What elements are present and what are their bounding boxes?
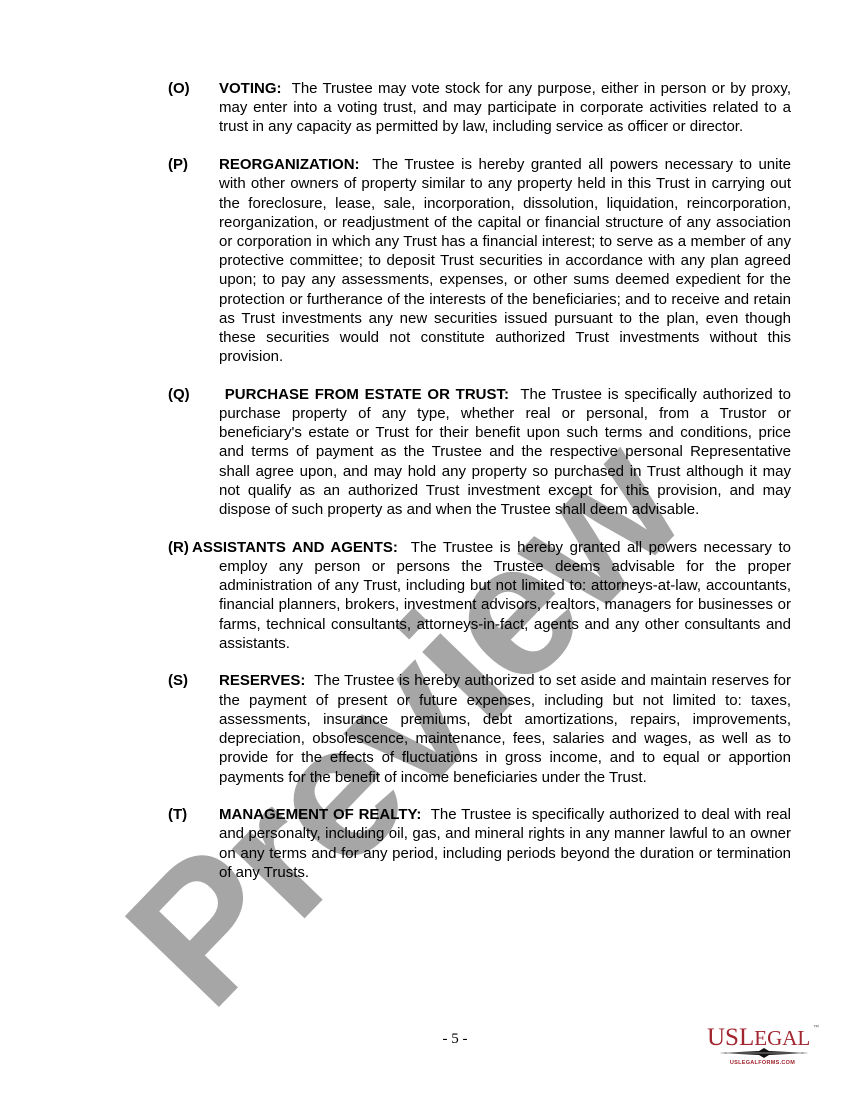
- clause-label: (P): [168, 155, 188, 174]
- clause-reorganization: (P) REORGANIZATION: The Trustee is hereb…: [168, 155, 791, 366]
- logo-wordmark: USLEGAL: [707, 1025, 810, 1050]
- clause-heading: PURCHASE FROM ESTATE OR TRUST:: [225, 386, 509, 403]
- clause-reserves: (S) RESERVES: The Trustee is hereby auth…: [168, 671, 791, 786]
- document-body: (O) VOTING: The Trustee may vote stock f…: [168, 79, 791, 901]
- clause-heading: MANAGEMENT OF REALTY:: [219, 806, 421, 823]
- eagle-icon: [719, 1048, 809, 1058]
- trademark-symbol: ™: [813, 1025, 819, 1031]
- clause-text: The Trustee is hereby granted all powers…: [219, 156, 791, 365]
- clause-heading: VOTING:: [219, 80, 282, 97]
- uslegal-logo[interactable]: USLEGAL ™ USLEGALFORMS.COM: [705, 1025, 820, 1070]
- document-page: Preview (O) VOTING: The Trustee may vote…: [0, 0, 850, 1100]
- clause-assistants-and-agents: (R) ASSISTANTS AND AGENTS: The Trustee i…: [168, 538, 791, 653]
- clause-heading: RESERVES:: [219, 672, 305, 689]
- clause-label: (T): [168, 805, 187, 824]
- clause-heading: REORGANIZATION:: [219, 156, 360, 173]
- clause-label: (R): [168, 538, 189, 557]
- clause-heading: ASSISTANTS AND AGENTS:: [192, 539, 398, 556]
- clause-text: The Trustee may vote stock for any purpo…: [219, 80, 791, 135]
- clause-label: (S): [168, 671, 188, 690]
- clause-purchase-from-estate: (Q) PURCHASE FROM ESTATE OR TRUST: The T…: [168, 385, 791, 519]
- clause-label: (Q): [168, 385, 190, 404]
- clause-text: The Trustee is specifically authorized t…: [219, 386, 791, 518]
- clause-voting: (O) VOTING: The Trustee may vote stock f…: [168, 79, 791, 137]
- clause-label: (O): [168, 79, 190, 98]
- clause-management-of-realty: (T) MANAGEMENT OF REALTY: The Trustee is…: [168, 805, 791, 882]
- logo-url: USLEGALFORMS.COM: [705, 1060, 820, 1066]
